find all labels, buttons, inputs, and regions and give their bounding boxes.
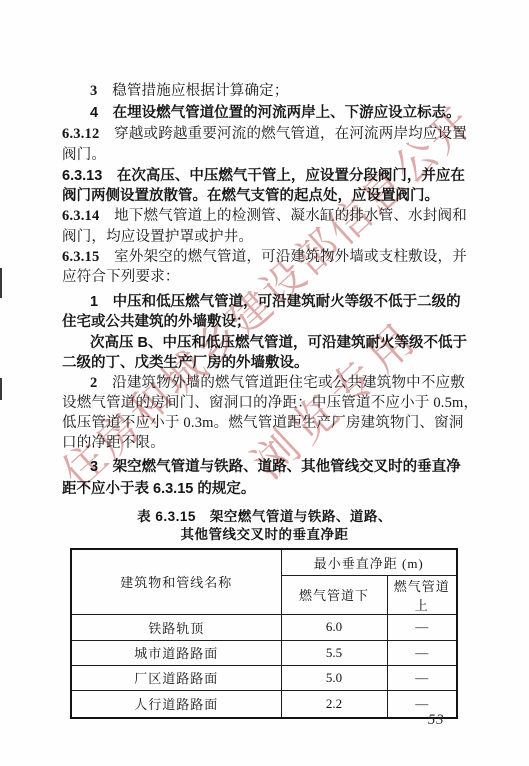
page-number: 53	[428, 712, 445, 729]
body-line: 4 在埋设燃气管道位置的河流两岸上、下游应设立标志。	[90, 103, 461, 123]
table-header-group: 最小垂直净距 (m)	[281, 549, 457, 575]
clause-number: 6.3.13	[62, 168, 102, 184]
row-value-below: 6.0	[281, 614, 387, 640]
line-text: 阀门。	[62, 147, 106, 163]
table-header-below: 燃气管道下	[281, 575, 387, 614]
line-text: 稳管措施应根据计算确定；	[97, 83, 288, 99]
body-line: 阀门两侧设置放散管。在燃气支管的起点处，应设置阀门。	[62, 186, 439, 206]
row-value-above: —	[387, 690, 457, 718]
line-text: 穿越或跨越重要河流的燃气管道，在河流两岸均应设置	[99, 126, 467, 142]
line-text: 应符合下列要求：	[62, 269, 180, 285]
body-line: 设燃气管道的房间门、窗洞口的净距：中压管道不应小于 0.5m，	[62, 393, 478, 413]
row-value-above: —	[387, 665, 457, 690]
line-text: 地下燃气管道上的检测管、凝水缸的排水管、水封阀和	[99, 208, 467, 224]
body-line: 次高压 B、中压和低压燃气管道，可沿建筑耐火等级不低于	[90, 333, 467, 353]
body-line: 距不应小于表 6.3.15 的规定。	[62, 479, 255, 499]
line-text: 在埋设燃气管道位置的河流两岸上、下游应设立标志。	[98, 105, 461, 121]
body-line: 二级的丁、戊类生产厂房的外墙敷设。	[62, 353, 309, 373]
table-6-3-15: 建筑物和管线名称 最小垂直净距 (m) 燃气管道下 燃气管道上 铁路轨顶 6.0…	[70, 548, 458, 719]
body-line: 住宅或公共建筑的外墙敷设；	[62, 312, 251, 332]
row-value-below: 5.5	[281, 640, 387, 665]
body-line: 阀门。	[62, 145, 106, 165]
line-text: 在次高压、中压燃气干管上，应设置分段阀门，并应在	[102, 168, 465, 184]
clause-number: 6.3.15	[62, 249, 99, 265]
body-line: 6.3.14 地下燃气管道上的检测管、凝水缸的排水管、水封阀和	[62, 206, 467, 226]
line-text: 距不应小于表 6.3.15 的规定。	[62, 481, 255, 497]
table-caption-line-2: 其他管线交叉时的垂直净距	[0, 526, 529, 544]
body-line: 2 沿建筑物外墙的燃气管道距住宅或公共建筑物中不应敷	[90, 373, 465, 393]
table-caption-line-1: 表 6.3.15 架空燃气管道与铁路、道路、	[0, 508, 529, 526]
table-row: 铁路轨顶 6.0 —	[71, 614, 457, 640]
line-text: 设燃气管道的房间门、窗洞口的净距：中压管道不应小于 0.5m，	[62, 395, 478, 411]
line-text: 住宅或公共建筑的外墙敷设；	[62, 314, 251, 330]
scan-edge-mark	[0, 268, 2, 298]
table-row: 城市道路路面 5.5 —	[71, 640, 457, 665]
line-text: 中压和低压燃气管道，可沿建筑耐火等级不低于二级的	[98, 294, 461, 310]
table-row: 人行道路路面 2.2 —	[71, 690, 457, 718]
row-name: 城市道路路面	[71, 640, 281, 665]
body-line: 低压管道不应小于 0.3m。燃气管道距生产厂房建筑物门、窗洞	[62, 413, 464, 433]
scan-edge-mark	[0, 378, 2, 400]
line-text: 二级的丁、戊类生产厂房的外墙敷设。	[62, 355, 309, 371]
clause-number: 6.3.12	[62, 126, 99, 142]
row-value-above: —	[387, 640, 457, 665]
body-line: 口的净距不限。	[62, 433, 165, 453]
row-name: 人行道路路面	[71, 690, 281, 718]
body-line: 1 中压和低压燃气管道，可沿建筑耐火等级不低于二级的	[90, 292, 461, 312]
table-header-name: 建筑物和管线名称	[71, 549, 281, 614]
body-line: 阀门，均应设置护罩或护井。	[62, 227, 253, 247]
line-text: 口的净距不限。	[62, 435, 165, 451]
row-name: 厂区道路路面	[71, 665, 281, 690]
body-line: 6.3.15 室外架空的燃气管道，可沿建筑物外墙或支柱敷设，并	[62, 247, 467, 267]
row-value-above: —	[387, 614, 457, 640]
line-text: 阀门，均应设置护罩或护井。	[62, 229, 253, 245]
line-text: 次高压 B、中压和低压燃气管道，可沿建筑耐火等级不低于	[90, 335, 467, 351]
body-line: 3 架空燃气管道与铁路、道路、其他管线交叉时的垂直净	[90, 457, 461, 477]
table-header-above: 燃气管道上	[387, 575, 457, 614]
row-value-below: 5.0	[281, 665, 387, 690]
document-page: 住房和城乡建设部信息公开 浏览专用 3 稳管措施应根据计算确定； 4 在埋设燃气…	[0, 0, 529, 766]
table-row: 厂区道路路面 5.0 —	[71, 665, 457, 690]
row-name: 铁路轨顶	[71, 614, 281, 640]
body-line: 3 稳管措施应根据计算确定；	[90, 81, 289, 101]
line-text: 室外架空的燃气管道，可沿建筑物外墙或支柱敷设，并	[99, 249, 467, 265]
body-line: 6.3.12 穿越或跨越重要河流的燃气管道，在河流两岸均应设置	[62, 124, 467, 144]
body-line: 6.3.13 在次高压、中压燃气干管上，应设置分段阀门，并应在	[62, 166, 465, 186]
item-number: 4	[90, 105, 98, 121]
row-value-below: 2.2	[281, 690, 387, 718]
line-text: 阀门两侧设置放散管。在燃气支管的起点处，应设置阀门。	[62, 188, 439, 204]
clause-number: 6.3.14	[62, 208, 99, 224]
body-line: 应符合下列要求：	[62, 267, 180, 287]
item-number: 1	[90, 294, 98, 310]
item-number: 3	[90, 459, 98, 475]
line-text: 低压管道不应小于 0.3m。燃气管道距生产厂房建筑物门、窗洞	[62, 415, 464, 431]
line-text: 沿建筑物外墙的燃气管道距住宅或公共建筑物中不应敷	[97, 375, 465, 391]
line-text: 架空燃气管道与铁路、道路、其他管线交叉时的垂直净	[98, 459, 461, 475]
